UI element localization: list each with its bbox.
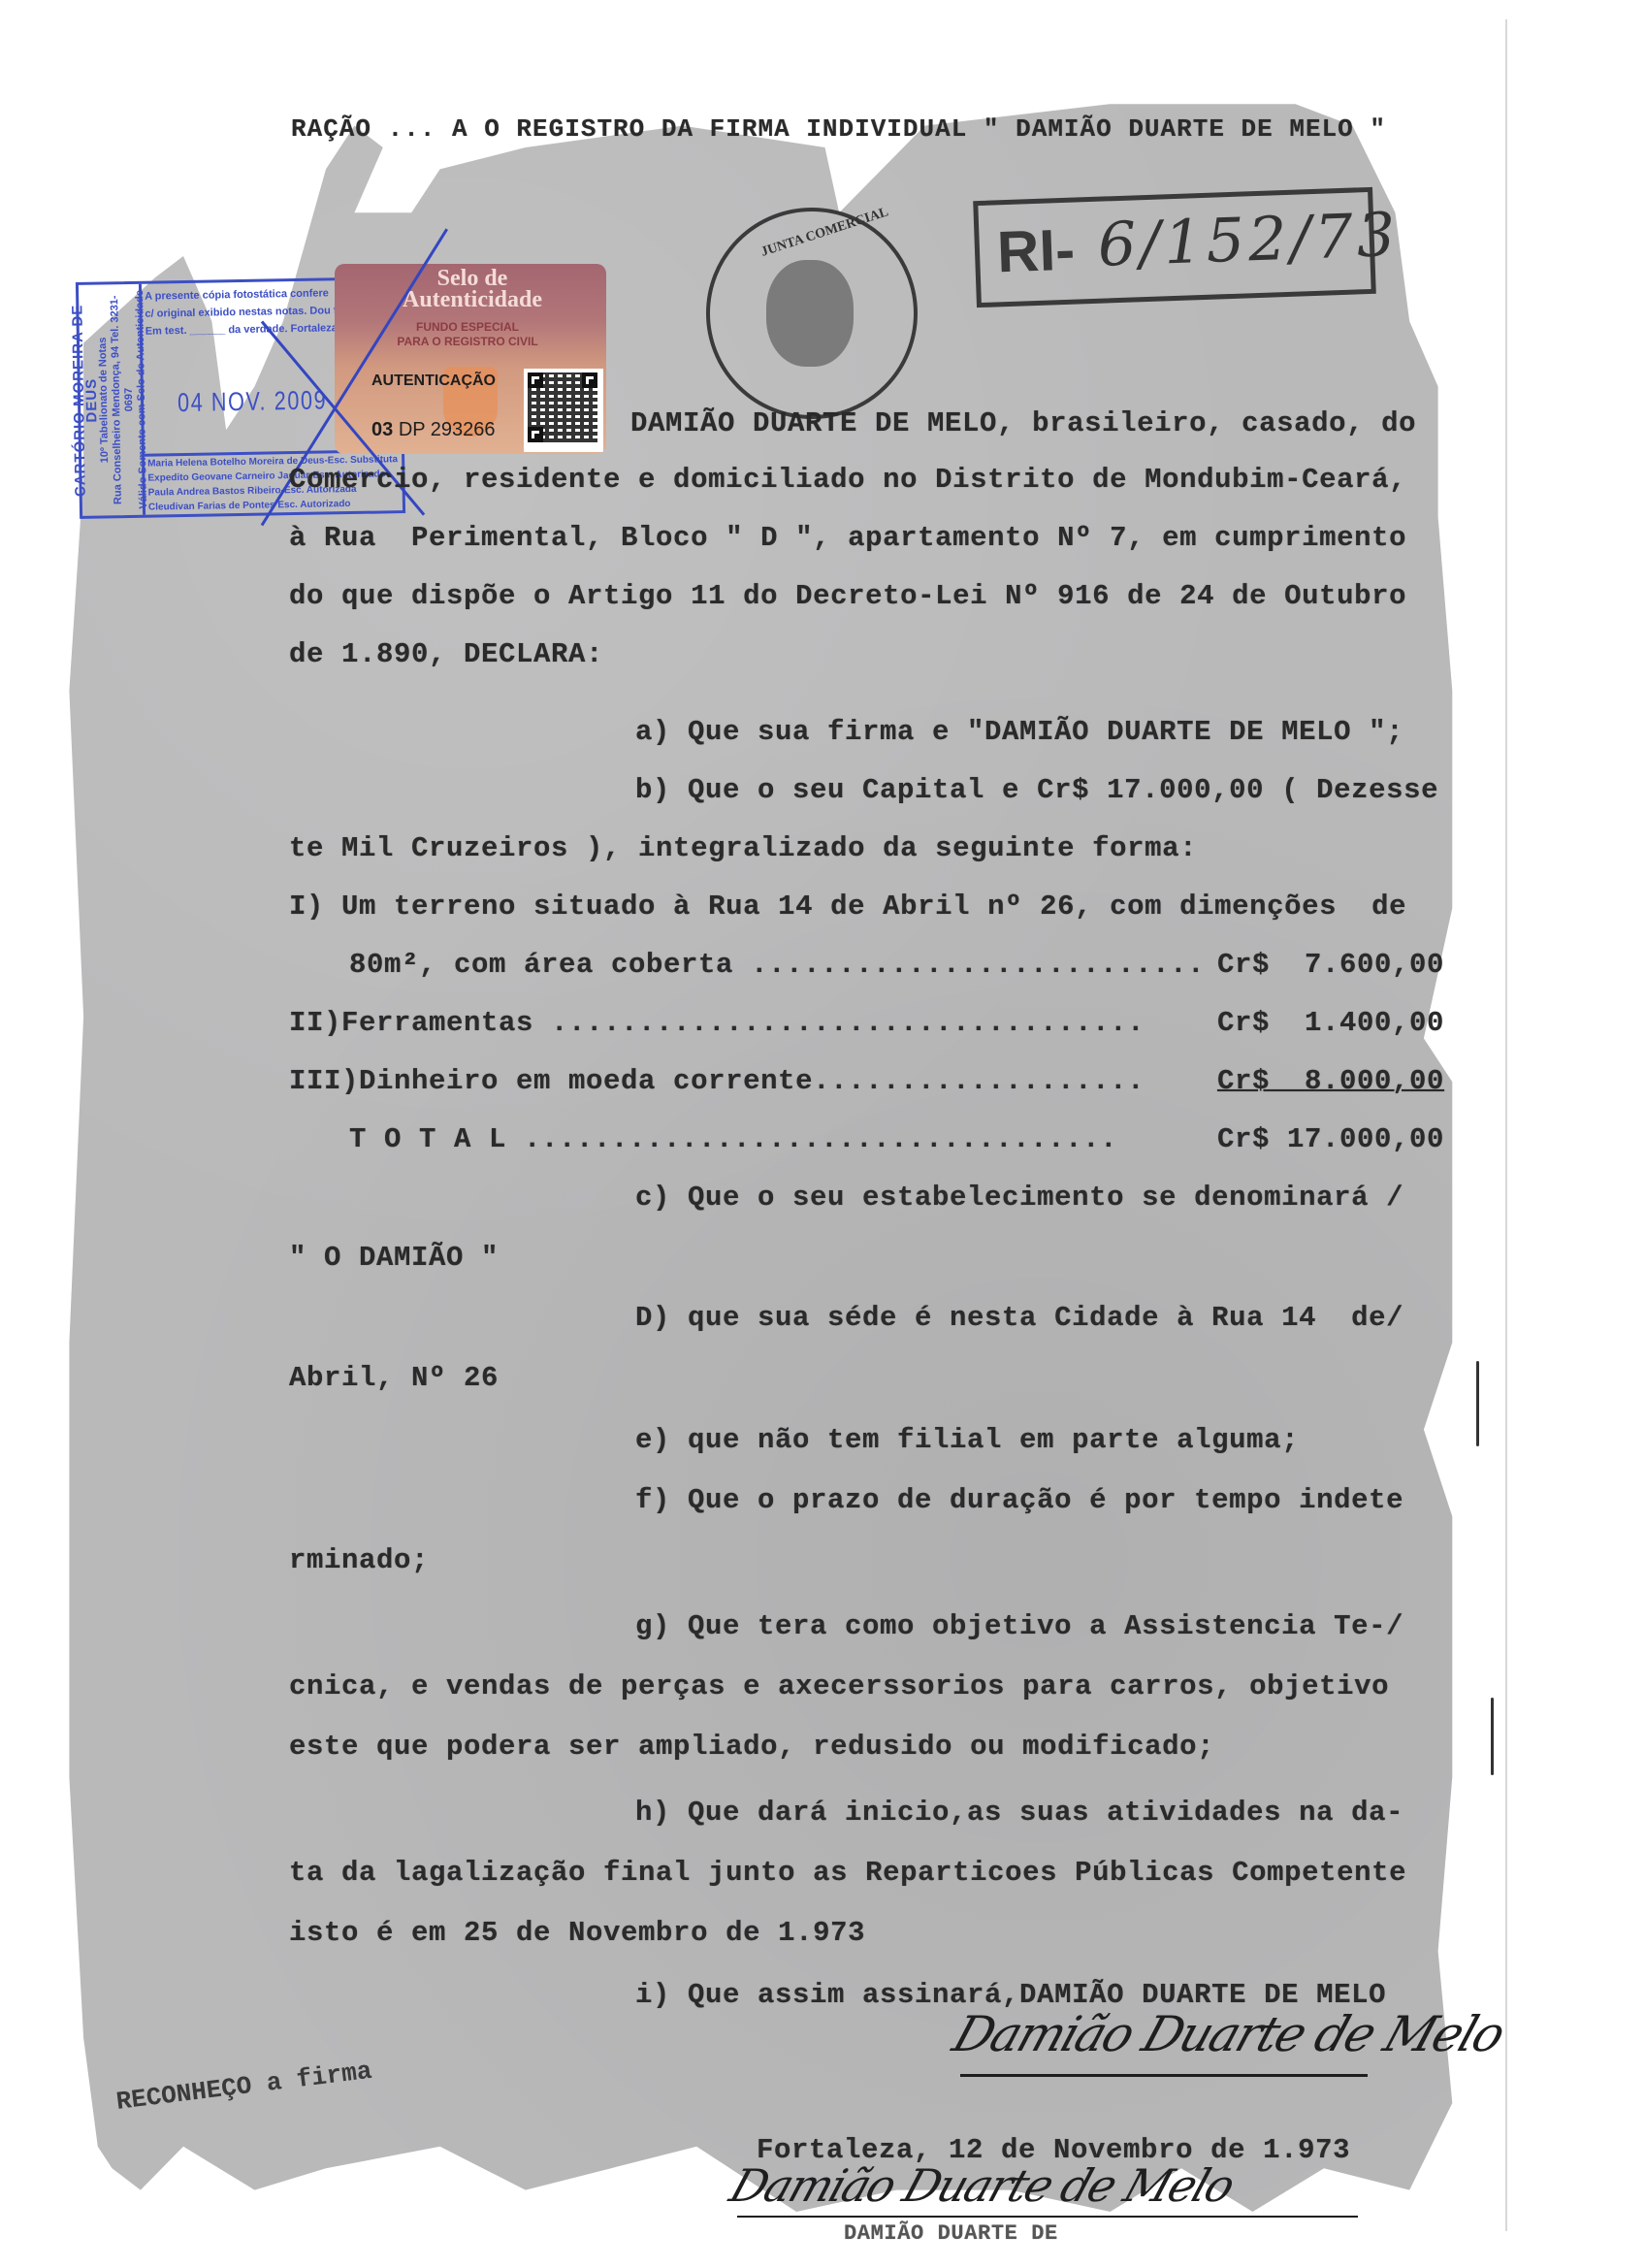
- asset-item-1-line-1: I) Um terreno situado à Rua 14 de Abril …: [289, 891, 1406, 923]
- junta-comercial-stamp: JUNTA COMERCIAL: [706, 208, 918, 419]
- seal-serial: DP 293266: [399, 419, 496, 440]
- clause-c-line-1: c) Que o seu estabelecimento se denomina…: [635, 1182, 1403, 1214]
- asset-item-1-value: Cr$ 7.600,00: [1217, 949, 1444, 981]
- notary-address: Rua Conselheiro Mendonça, 94 Tel. 3231-0…: [109, 288, 138, 511]
- clause-d-line-2: Abril, Nº 26: [289, 1362, 499, 1394]
- scan-edge-line: [1505, 19, 1507, 2231]
- intro-line-1: DAMIÃO DUARTE DE MELO, brasileiro, casad…: [630, 407, 1416, 439]
- clause-f-line-2: rminado;: [289, 1544, 429, 1576]
- registration-handwritten-number: 6/152/73: [1097, 199, 1401, 280]
- asset-item-2: II)Ferramentas .........................…: [289, 1007, 1145, 1039]
- notary-office-name: CARTÓRIO MOREIRA DE DEUS: [71, 289, 100, 512]
- margin-mark: [1491, 1698, 1494, 1775]
- coat-of-arms-icon: [766, 260, 854, 367]
- signature-underline: [960, 2074, 1368, 2077]
- registration-number-box: RI- 6/152/73: [973, 187, 1376, 308]
- total-value: Cr$ 17.000,00: [1217, 1123, 1444, 1155]
- seal-type: AUTENTICAÇÃO: [371, 373, 496, 390]
- clause-b-line-1: b) Que o seu Capital e Cr$ 17.000,00 ( D…: [635, 774, 1438, 806]
- clause-e: e) que não tem filial em parte alguma;: [635, 1424, 1299, 1456]
- intro-line-5: de 1.890, DECLARA:: [289, 638, 603, 670]
- seal-fund-line-1: FUNDO ESPECIAL: [395, 320, 540, 335]
- intro-line-2: Comercio, residente e domiciliado no Dis…: [289, 464, 1406, 496]
- asset-item-1-line-2: 80m², com área coberta .................…: [349, 949, 1205, 981]
- seal-title-line-2: Autenticidade: [403, 289, 542, 310]
- intro-line-4: do que dispõe o Artigo 11 do Decreto-Lei…: [289, 580, 1406, 612]
- signature-underline: [737, 2216, 1358, 2218]
- seal-number: 03 DP 293266: [371, 419, 496, 441]
- clause-b-line-2: te Mil Cruzeiros ), integralizado da seg…: [289, 832, 1197, 864]
- seal-series: 03: [371, 419, 393, 440]
- seal-fund-line-2: PARA O REGISTRO CIVIL: [395, 335, 540, 349]
- clause-a: a) Que sua firma e "DAMIÃO DUARTE DE MEL…: [635, 716, 1403, 748]
- typed-name-below: DAMIÃO DUARTE DE: [844, 2221, 1058, 2246]
- clause-d-line-1: D) que sua séde é nesta Cidade à Rua 14 …: [635, 1302, 1403, 1334]
- seal-title-line-1: Selo de: [403, 268, 542, 289]
- clause-f-line-1: f) Que o prazo de duração é por tempo in…: [635, 1484, 1403, 1516]
- asset-item-3-value: Cr$ 8.000,00: [1217, 1065, 1444, 1097]
- asset-item-3: III)Dinheiro em moeda corrente..........…: [289, 1065, 1145, 1097]
- registration-prefix: RI-: [996, 216, 1076, 286]
- clause-g-line-2: cnica, e vendas de perças e axecerssorio…: [289, 1670, 1389, 1702]
- notary-date: 04 NOV. 2009: [177, 385, 328, 418]
- notary-stamp-sidebar: CARTÓRIO MOREIRA DE DEUS 10º Tabelionato…: [79, 284, 145, 516]
- total-label: T O T A L ..............................…: [349, 1123, 1117, 1155]
- clause-g-line-1: g) Que tera como objetivo a Assistencia …: [635, 1610, 1403, 1642]
- qr-code-icon: [524, 369, 603, 452]
- margin-mark: [1476, 1361, 1479, 1446]
- asset-item-2-value: Cr$ 1.400,00: [1217, 1007, 1444, 1039]
- clause-h-line-1: h) Que dará inicio,as suas atividades na…: [635, 1797, 1403, 1829]
- clause-g-line-3: este que podera ser ampliado, redusido o…: [289, 1731, 1214, 1763]
- intro-line-3: à Rua Perimental, Bloco " D ", apartamen…: [289, 522, 1406, 554]
- authenticity-seal: Selo de Autenticidade FUNDO ESPECIAL PAR…: [335, 264, 606, 454]
- clause-c-line-2: " O DAMIÃO ": [289, 1242, 499, 1274]
- junta-stamp-label: JUNTA COMERCIAL: [759, 205, 890, 261]
- clause-h-line-2: ta da lagalização final junto as Reparti…: [289, 1857, 1406, 1889]
- signature-first: Damião Duarte de Melo: [947, 2006, 1511, 2062]
- signature-second: Damião Duarte de Melo: [724, 2159, 1240, 2212]
- document-title: RAÇÃO ... A O REGISTRO DA FIRMA INDIVIDU…: [291, 114, 1386, 144]
- clause-h-line-3: isto é em 25 de Novembro de 1.973: [289, 1917, 865, 1949]
